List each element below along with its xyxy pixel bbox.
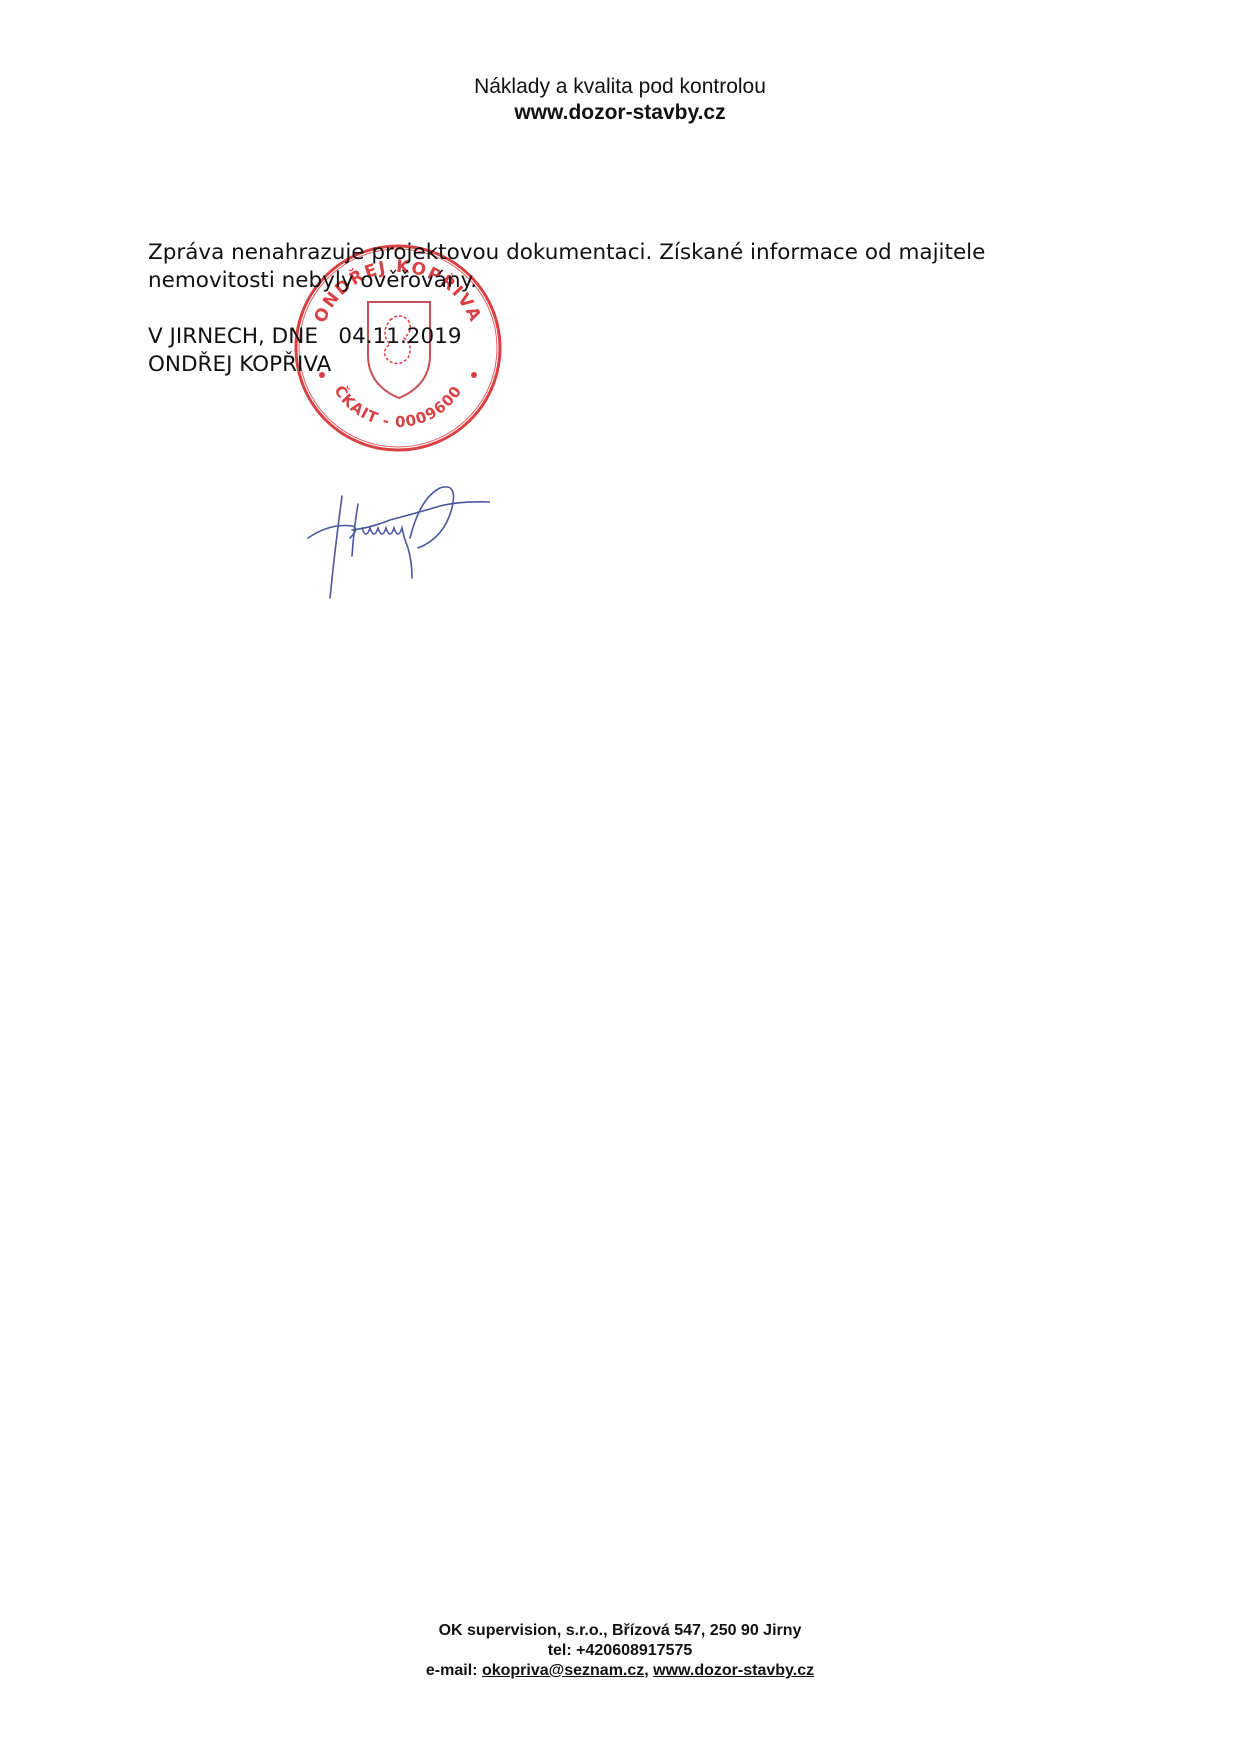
svg-text:ČKAIT - 0009600: ČKAIT - 0009600 bbox=[330, 381, 465, 431]
handwritten-signature-icon bbox=[290, 468, 490, 608]
website-link[interactable]: www.dozor-stavby.cz bbox=[653, 1662, 814, 1679]
footer-company-address: OK supervision, s.r.o., Břízová 547, 250… bbox=[0, 1621, 1240, 1641]
header-tagline: Náklady a kvalita pod kontrolou bbox=[0, 74, 1240, 100]
email-label: e-mail: bbox=[426, 1662, 478, 1679]
footer-contact-line: e-mail: okopriva@seznam.cz, www.dozor-st… bbox=[0, 1661, 1240, 1681]
disclaimer-text: Zpráva nenahrazuje projektovou dokumenta… bbox=[148, 239, 1108, 295]
place-date-line: V JIRNECH, DNE 04.11.2019 bbox=[148, 323, 462, 351]
disclaimer-line-1: Zpráva nenahrazuje projektovou dokumenta… bbox=[148, 239, 1108, 267]
disclaimer-line-2: nemovitosti nebyly ověřovány. bbox=[148, 267, 1108, 295]
page-footer: OK supervision, s.r.o., Břízová 547, 250… bbox=[0, 1621, 1240, 1681]
header-website: www.dozor-stavby.cz bbox=[0, 100, 1240, 126]
document-date: 04.11.2019 bbox=[338, 324, 461, 349]
email-link[interactable]: okopriva@seznam.cz bbox=[482, 1662, 644, 1679]
page-header: Náklady a kvalita pod kontrolou www.dozo… bbox=[0, 74, 1240, 126]
signatory-name: ONDŘEJ KOPŘIVA bbox=[148, 351, 331, 379]
separator: , bbox=[644, 1662, 648, 1679]
place-label: V JIRNECH, DNE bbox=[148, 324, 318, 349]
document-page: Náklady a kvalita pod kontrolou www.dozo… bbox=[0, 0, 1240, 1754]
footer-phone: tel: +420608917575 bbox=[0, 1641, 1240, 1661]
